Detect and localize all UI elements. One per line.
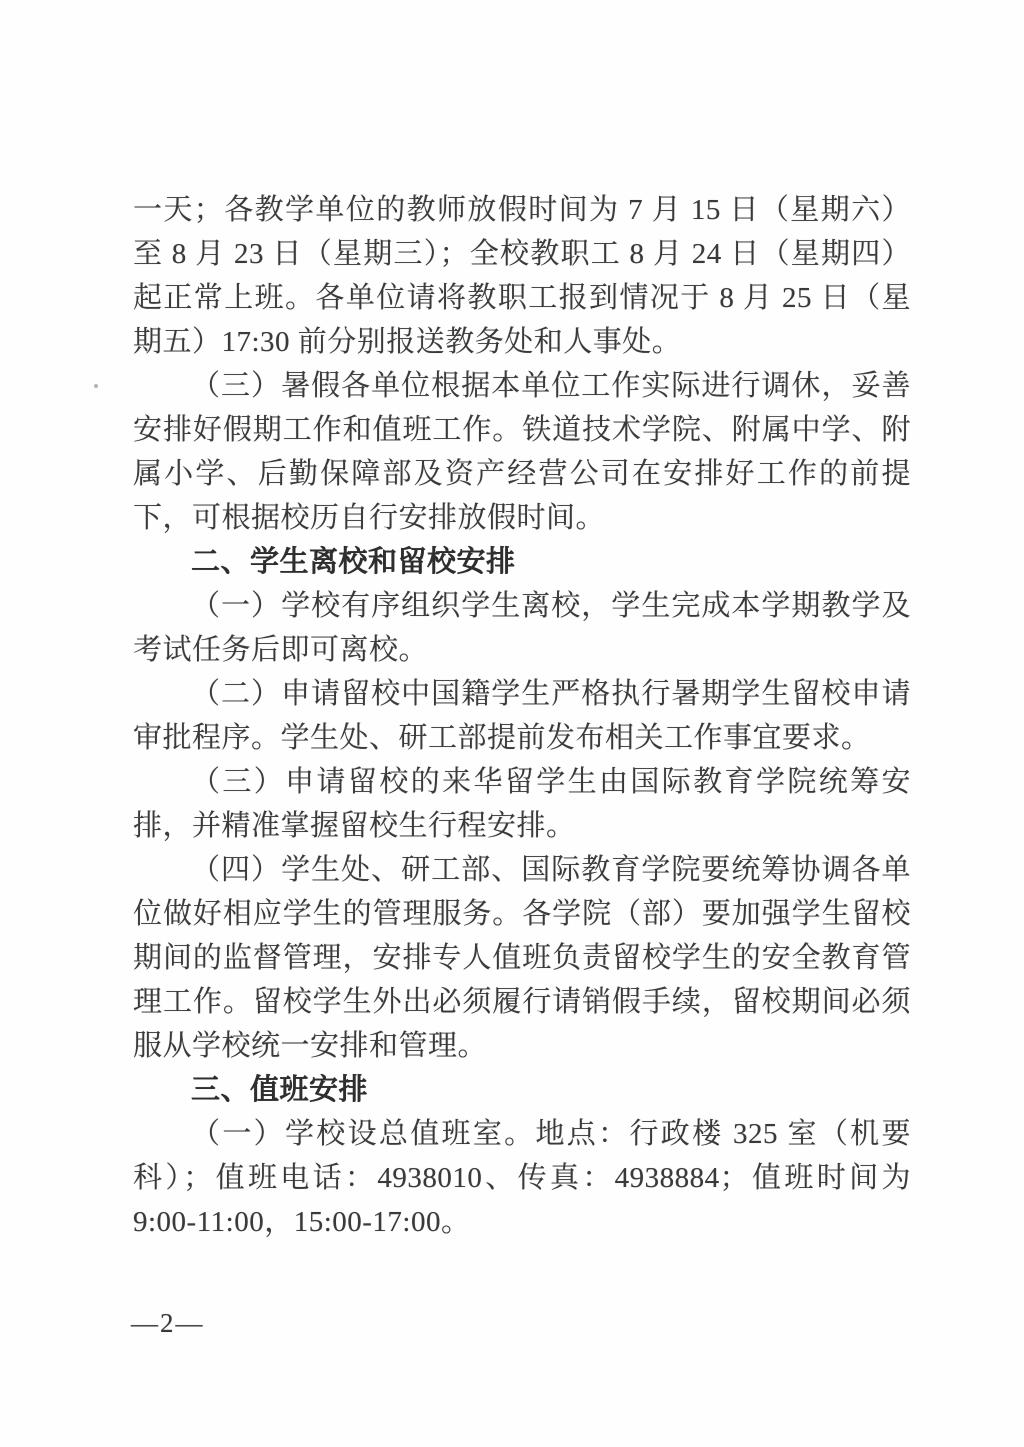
section-heading: 二、学生离校和留校安排 <box>133 540 911 584</box>
section-heading: 三、值班安排 <box>133 1068 911 1112</box>
body-paragraph: 一天；各教学单位的教师放假时间为 7 月 15 日（星期六）至 8 月 23 日… <box>133 188 911 364</box>
body-paragraph: （一）学校有序组织学生离校，学生完成本学期教学及考试任务后即可离校。 <box>133 584 911 672</box>
body-paragraph: （三）暑假各单位根据本单位工作实际进行调休，妥善安排好假期工作和值班工作。铁道技… <box>133 364 911 540</box>
body-paragraph: （二）申请留校中国籍学生严格执行暑期学生留校申请审批程序。学生处、研工部提前发布… <box>133 672 911 760</box>
document-body: 一天；各教学单位的教师放假时间为 7 月 15 日（星期六）至 8 月 23 日… <box>133 188 911 1244</box>
body-paragraph: （三）申请留校的来华留学生由国际教育学院统筹安排，并精准掌握留校生行程安排。 <box>133 760 911 848</box>
body-paragraph: （四）学生处、研工部、国际教育学院要统筹协调各单位做好相应学生的管理服务。各学院… <box>133 848 911 1068</box>
page-number: —2— <box>131 1308 205 1339</box>
document-page: 一天；各教学单位的教师放假时间为 7 月 15 日（星期六）至 8 月 23 日… <box>0 0 1024 1447</box>
scan-speck <box>94 384 98 388</box>
body-paragraph: （一）学校设总值班室。地点：行政楼 325 室（机要科）；值班电话：493801… <box>133 1112 911 1244</box>
